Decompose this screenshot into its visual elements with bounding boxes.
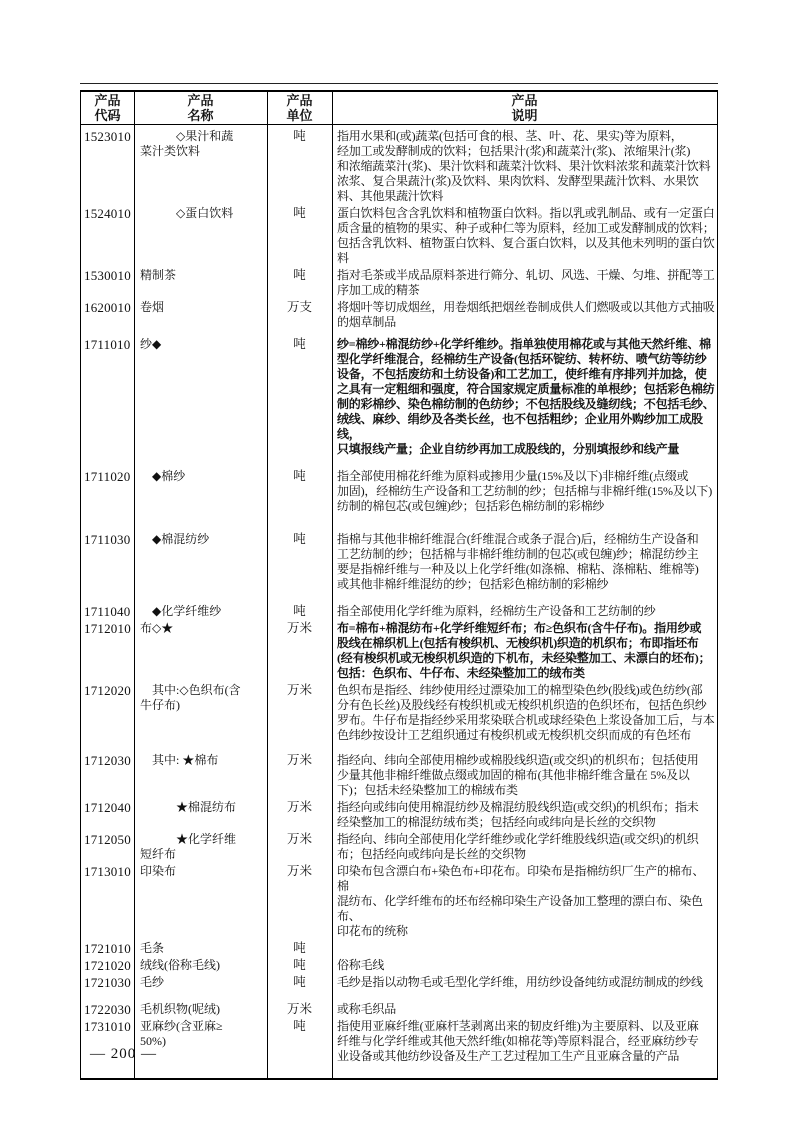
product-code-cell: 1712020 — [81, 683, 134, 743]
product-code-cell: 1721020 — [81, 958, 134, 973]
product-name-cell: 绒线(俗称毛线) — [134, 958, 267, 973]
product-unit-cell: 吨 — [267, 604, 332, 619]
product-name-cell: 纱◆ — [134, 337, 267, 457]
product-name-cell: 其中:◇色织布(含 牛仔布) — [134, 683, 267, 743]
product-description-cell: 将烟叶等切成烟丝，用卷烟纸把烟丝卷制成供人们燃吸或以其他方式抽吸 的烟草制品 — [332, 300, 717, 330]
product-name-cell: ◇果汁和蔬 菜汁类饮料 — [134, 129, 267, 204]
header-product-code: 产品 代码 — [81, 92, 134, 124]
product-description-cell: 色织布是指经、纬纱使用经过漂染加工的棉型染色纱(股线)或色纺纱(部 分有色长丝)… — [332, 683, 717, 743]
product-description-cell: 毛纱是指以动物毛或毛型化学纤维，用纺纱设备纯纺或混纺制成的纱线 — [332, 975, 717, 990]
product-code-cell: 1530010 — [81, 268, 134, 298]
product-unit-cell: 吨 — [267, 1019, 332, 1064]
product-unit-cell: 吨 — [267, 975, 332, 990]
table-row: 1711030 ◆棉混纺纱 吨 指棉与其他非棉纤维混合(纤维混合或条子混合)后，… — [81, 532, 717, 592]
product-description-cell: 指全部使用棉花纤维为原料或掺用少量(15%及以下)非棉纤维(点缀或 加固)，经棉… — [332, 469, 717, 514]
product-unit-cell: 吨 — [267, 958, 332, 973]
product-description-cell: 蛋白饮料包含含乳饮料和植物蛋白饮料。指以乳或乳制品、或有一定蛋白 质含量的植物的… — [332, 206, 717, 266]
product-unit-cell: 万米 — [267, 621, 332, 681]
product-description-cell — [332, 941, 717, 956]
table-row: 1524010 ◇蛋白饮料 吨 蛋白饮料包含含乳饮料和植物蛋白饮料。指以乳或乳制… — [81, 206, 717, 266]
product-unit-cell: 万米 — [267, 753, 332, 798]
product-unit-cell: 万米 — [267, 832, 332, 862]
product-description-cell: 指经向、纬向全部使用化学纤维纱或化学纤维股线织造(或交织)的机织 布；包括经向或… — [332, 832, 717, 862]
table-row: 1721010 毛条 吨 — [81, 941, 717, 956]
product-name-cell: ★棉混纺布 — [134, 800, 267, 830]
column-divider — [134, 92, 135, 1078]
product-code-cell: 1711020 — [81, 469, 134, 514]
product-code-cell: 1721030 — [81, 975, 134, 990]
product-code-cell: 1722030 — [81, 1002, 134, 1017]
header-product-unit: 产品 单位 — [267, 92, 332, 124]
product-name-cell: ◆化学纤维纱 — [134, 604, 267, 619]
product-code-cell: 1721010 — [81, 941, 134, 956]
product-name-cell: 毛机织物(呢绒) — [134, 1002, 267, 1017]
table-row: 1712040 ★棉混纺布 万米 指经向或纬向使用棉混纺纱及棉混纺股线织造(或交… — [81, 800, 717, 830]
column-divider — [267, 92, 268, 1078]
table-row: 1721030 毛纱 吨 毛纱是指以动物毛或毛型化学纤维，用纺纱设备纯纺或混纺制… — [81, 975, 717, 990]
table-body: 1523010 ◇果汁和蔬 菜汁类饮料 吨 指用水果和(或)蔬菜(包括可食的根、… — [81, 125, 717, 1078]
product-description-cell: 指对毛茶或半成品原料茶进行筛分、轧切、风选、干燥、匀堆、拼配等工 序加工成的精茶 — [332, 268, 717, 298]
table-row: 1721020 绒线(俗称毛线) 吨 俗称毛线 — [81, 958, 717, 973]
product-code-cell: 1524010 — [81, 206, 134, 266]
table-row: 1523010 ◇果汁和蔬 菜汁类饮料 吨 指用水果和(或)蔬菜(包括可食的根、… — [81, 129, 717, 204]
product-code-cell: 1711030 — [81, 532, 134, 592]
top-rule — [80, 83, 718, 84]
product-unit-cell: 吨 — [267, 268, 332, 298]
product-description-cell: 指棉与其他非棉纤维混合(纤维混合或条子混合)后，经棉纺生产设备和 工艺纺制的纱；… — [332, 532, 717, 592]
product-code-cell: 1711040 — [81, 604, 134, 619]
product-description-cell: 或称毛织品 — [332, 1002, 717, 1017]
product-description-cell: 俗称毛线 — [332, 958, 717, 973]
product-unit-cell: 吨 — [267, 532, 332, 592]
product-description-cell: 指用水果和(或)蔬菜(包括可食的根、茎、叶、花、果实)等为原料， 经加工或发酵制… — [332, 129, 717, 204]
product-description-cell: 指全部使用化学纤维为原料，经棉纺生产设备和工艺纺制的纱 — [332, 604, 717, 619]
product-name-cell: ★化学纤维 短纤布 — [134, 832, 267, 862]
product-unit-cell: 吨 — [267, 469, 332, 514]
product-description-cell: 印染布包含漂白布+染色布+印花布。印染布是指棉纺织厂生产的棉布、棉 混纺布、化学… — [332, 864, 717, 939]
product-name-cell: ◆棉纱 — [134, 469, 267, 514]
table-row: 1620010 卷烟 万支 将烟叶等切成烟丝，用卷烟纸把烟丝卷制成供人们燃吸或以… — [81, 300, 717, 330]
table-row: 1530010 精制茶 吨 指对毛茶或半成品原料茶进行筛分、轧切、风选、干燥、匀… — [81, 268, 717, 298]
product-unit-cell: 万米 — [267, 800, 332, 830]
column-divider — [332, 92, 333, 1078]
page-number: — 200 — — [90, 1046, 157, 1063]
product-unit-cell: 万支 — [267, 300, 332, 330]
table-row: 1711020 ◆棉纱 吨 指全部使用棉花纤维为原料或掺用少量(15%及以下)非… — [81, 469, 717, 514]
product-name-cell: 印染布 — [134, 864, 267, 939]
product-code-cell: 1712050 — [81, 832, 134, 862]
table-header-row: 产品 代码 产品 名称 产品 单位 产品 说明 — [81, 92, 717, 125]
product-code-cell: 1713010 — [81, 864, 134, 939]
product-name-cell: ◇蛋白饮料 — [134, 206, 267, 266]
table-row: 1731010 亚麻纱(含亚麻≥ 50%) 吨 指使用亚麻纤维(亚麻杆茎剥离出来… — [81, 1019, 717, 1064]
product-code-cell: 1712030 — [81, 753, 134, 798]
product-catalog-table: 产品 代码 产品 名称 产品 单位 产品 说明 1523010 ◇果汁和蔬 菜汁… — [80, 90, 718, 1080]
product-code-cell: 1711010 — [81, 337, 134, 457]
table-row: 1722030 毛机织物(呢绒) 万米 或称毛织品 — [81, 1002, 717, 1017]
table-row: 1712020 其中:◇色织布(含 牛仔布) 万米 色织布是指经、纬纱使用经过漂… — [81, 683, 717, 743]
table-row: 1711040 ◆化学纤维纱 吨 指全部使用化学纤维为原料，经棉纺生产设备和工艺… — [81, 604, 717, 619]
product-unit-cell: 吨 — [267, 941, 332, 956]
product-name-cell: 毛纱 — [134, 975, 267, 990]
product-unit-cell: 吨 — [267, 129, 332, 204]
product-name-cell: 卷烟 — [134, 300, 267, 330]
table-row: 1712030 其中: ★棉布 万米 指经向、纬向全部使用棉纱或棉股线织造(或交… — [81, 753, 717, 798]
table-row: 1713010 印染布 万米 印染布包含漂白布+染色布+印花布。印染布是指棉纺织… — [81, 864, 717, 939]
product-code-cell: 1712010 — [81, 621, 134, 681]
table-row: 1712050 ★化学纤维 短纤布 万米 指经向、纬向全部使用化学纤维纱或化学纤… — [81, 832, 717, 862]
product-unit-cell: 万米 — [267, 1002, 332, 1017]
product-unit-cell: 吨 — [267, 337, 332, 457]
product-code-cell: 1712040 — [81, 800, 134, 830]
table-row: 1711010 纱◆ 吨 纱=棉纱+棉混纺纱+化学纤维纱。指单独使用棉花或与其他… — [81, 337, 717, 457]
product-description-cell: 布=棉布+棉混纺布+化学纤维短纤布；布≥色织布(含牛仔布)。指用纱或 股线在棉织… — [332, 621, 717, 681]
product-unit-cell: 吨 — [267, 206, 332, 266]
product-name-cell: ◆棉混纺纱 — [134, 532, 267, 592]
product-description-cell: 指使用亚麻纤维(亚麻杆茎剥离出来的韧皮纤维)为主要原料、以及亚麻 纤维与化学纤维… — [332, 1019, 717, 1064]
product-name-cell: 布◇★ — [134, 621, 267, 681]
product-name-cell: 精制茶 — [134, 268, 267, 298]
product-code-cell: 1523010 — [81, 129, 134, 204]
product-description-cell: 指经向、纬向全部使用棉纱或棉股线织造(或交织)的机织布；包括使用 少量其他非棉纤… — [332, 753, 717, 798]
header-product-name: 产品 名称 — [134, 92, 267, 124]
product-code-cell: 1620010 — [81, 300, 134, 330]
product-name-cell: 毛条 — [134, 941, 267, 956]
header-product-description: 产品 说明 — [332, 92, 717, 124]
table-row: 1712010 布◇★ 万米 布=棉布+棉混纺布+化学纤维短纤布；布≥色织布(含… — [81, 621, 717, 681]
product-unit-cell: 万米 — [267, 683, 332, 743]
product-unit-cell: 万米 — [267, 864, 332, 939]
product-description-cell: 纱=棉纱+棉混纺纱+化学纤维纱。指单独使用棉花或与其他天然纤维、棉 型化学纤维混… — [332, 337, 717, 457]
product-description-cell: 指经向或纬向使用棉混纺纱及棉混纺股线织造(或交织)的机织布；指未 经染整加工的棉… — [332, 800, 717, 830]
product-name-cell: 其中: ★棉布 — [134, 753, 267, 798]
